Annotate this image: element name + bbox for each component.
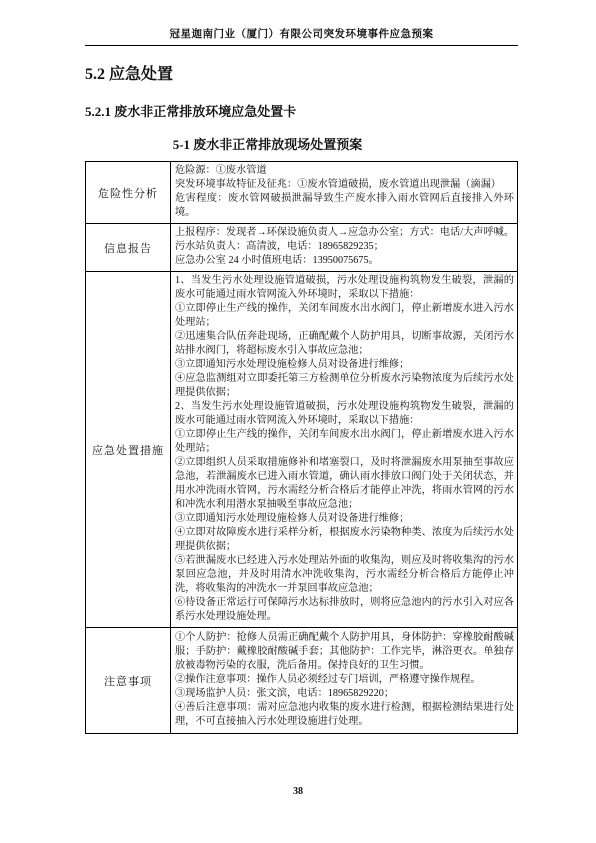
row-content-precautions: ①个人防护：抢修人员需正确配戴个人防护用具，身体防护：穿橡胶耐酸碱服；手防护：戴… <box>171 628 518 734</box>
section-heading: 5.2 应急处置 <box>85 61 518 84</box>
row-label-precautions: 注意事项 <box>86 628 171 734</box>
row-content-information-report: 上报程序：发现者→环保设施负责人→应急办公室；方式：电话/大声呼喊。 污水站负责… <box>171 224 518 272</box>
table-row-precautions: 注意事项 ①个人防护：抢修人员需正确配戴个人防护用具，身体防护：穿橡胶耐酸碱服；… <box>86 628 518 734</box>
page-content: 冠星迦南门业（厦门）有限公司突发环境事件应急预案 5.2 应急处置 5.2.1 … <box>85 0 518 734</box>
table-title: 5-1 废水非正常排放现场处置预案 <box>85 134 450 153</box>
row-label-response-measures: 应急处置措施 <box>86 272 171 628</box>
header-title: 冠星迦南门业（厦门）有限公司突发环境事件应急预案 <box>85 26 518 41</box>
emergency-response-card-table: 危险性分析 危险源：①废水管道 突发环境事故特征及征兆：①废水管道破损，废水管道… <box>85 161 518 734</box>
table-row-hazard-analysis: 危险性分析 危险源：①废水管道 突发环境事故特征及征兆：①废水管道破损，废水管道… <box>86 162 518 224</box>
table-row-information-report: 信息报告 上报程序：发现者→环保设施负责人→应急办公室；方式：电话/大声呼喊。 … <box>86 224 518 272</box>
page-number: 38 <box>0 786 596 797</box>
row-label-information-report: 信息报告 <box>86 224 171 272</box>
header-divider <box>85 45 518 46</box>
row-content-response-measures: 1、当发生污水处理设施管道破损，污水处理设施构筑物发生破裂，泄漏的废水可能通过雨… <box>171 272 518 628</box>
row-content-hazard-analysis: 危险源：①废水管道 突发环境事故特征及征兆：①废水管道破损，废水管道出现泄漏（滴… <box>171 162 518 224</box>
subsection-heading: 5.2.1 废水非正常排放环境应急处置卡 <box>85 101 518 120</box>
document-page: 冠星迦南门业（厦门）有限公司突发环境事件应急预案 5.2 应急处置 5.2.1 … <box>0 0 596 843</box>
row-label-hazard-analysis: 危险性分析 <box>86 162 171 224</box>
table-row-response-measures: 应急处置措施 1、当发生污水处理设施管道破损，污水处理设施构筑物发生破裂，泄漏的… <box>86 272 518 628</box>
